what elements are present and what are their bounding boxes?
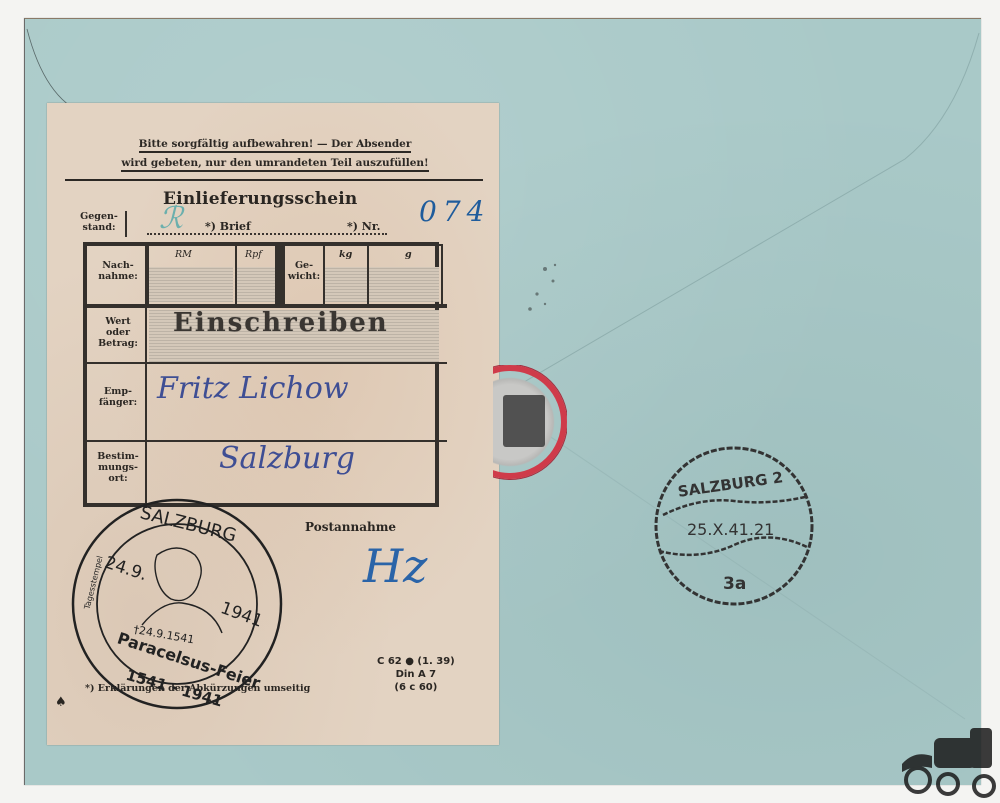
clerk-initials: Hz bbox=[363, 539, 427, 593]
postannahme-label: Postannahme bbox=[305, 520, 396, 534]
divider bbox=[83, 362, 447, 364]
kg-label: kg bbox=[339, 249, 352, 260]
envelope: Bitte sorgfältig aufbewahren! — Der Abse… bbox=[24, 18, 981, 785]
recipient-handwriting: Fritz Lichow bbox=[157, 371, 349, 406]
registration-number: 074 bbox=[419, 195, 490, 228]
dotted-line bbox=[147, 233, 387, 235]
circular-seal bbox=[493, 365, 567, 481]
notice-line-1: Bitte sorgfältig aufbewahren! — Der Abse… bbox=[139, 138, 412, 153]
svg-text:1941: 1941 bbox=[218, 598, 265, 632]
tree-logo-icon: ♠ bbox=[55, 695, 67, 710]
form-code: C 62 ● (1. 39) Din A 7 (6 c 60) bbox=[377, 655, 455, 694]
seal-emblem bbox=[503, 395, 545, 447]
empfaenger-label: Emp- fänger: bbox=[91, 386, 145, 408]
svg-text:SALZBURG 2: SALZBURG 2 bbox=[677, 468, 784, 501]
divider bbox=[145, 244, 147, 508]
rpf-label: Rpf bbox=[245, 249, 262, 260]
svg-text:24.9.: 24.9. bbox=[102, 553, 149, 585]
gegenstand-label: Gegen- stand: bbox=[77, 211, 121, 233]
registration-receipt: Bitte sorgfältig aufbewahren! — Der Abse… bbox=[47, 103, 499, 745]
einschreiben-stamp: Einschreiben bbox=[173, 308, 389, 338]
teal-ink-scribble: ℛ bbox=[159, 201, 183, 236]
rm-label: RM bbox=[175, 249, 192, 260]
brief-label: *) Brief bbox=[205, 221, 251, 232]
nachnahme-label: Nach- nahme: bbox=[91, 260, 145, 282]
destination-handwriting: Salzburg bbox=[219, 441, 355, 476]
nr-label: *) Nr. bbox=[347, 221, 380, 232]
notice-line-2: wird gebeten, nur den umrandeten Teil au… bbox=[121, 157, 428, 172]
form-code-line-1: C 62 ● (1. 39) bbox=[377, 655, 455, 668]
portrait-icon bbox=[155, 548, 201, 601]
hatched-area bbox=[237, 267, 275, 302]
receipt-title: Einlieferungsschein bbox=[163, 189, 358, 209]
svg-text:Tagesstempel: Tagesstempel bbox=[82, 555, 104, 611]
salzburg-arrival-postmark: SALZBURG 2 25.X.41.21 3a bbox=[649, 441, 819, 611]
ink-specks bbox=[528, 264, 556, 311]
receipt-notice: Bitte sorgfältig aufbewahren! — Der Abse… bbox=[57, 135, 493, 173]
hatched-area bbox=[149, 267, 233, 302]
form-code-line-3: (6 c 60) bbox=[377, 681, 455, 694]
bestimmungsort-label: Bestim- mungs- ort: bbox=[91, 451, 145, 484]
divider bbox=[65, 179, 483, 181]
form-code-line-2: Din A 7 bbox=[377, 668, 455, 681]
hatched-area bbox=[369, 267, 439, 302]
svg-text:3a: 3a bbox=[723, 574, 746, 594]
hatched-area bbox=[325, 267, 367, 302]
divider bbox=[125, 211, 127, 237]
divider bbox=[277, 244, 285, 306]
wert-label: Wert oder Betrag: bbox=[91, 316, 145, 349]
paracelsus-cancellation-stamp: SALZBURG 24.9. 1941 †24.9.1541 Paracelsu… bbox=[67, 495, 287, 713]
svg-text:25.X.41.21: 25.X.41.21 bbox=[687, 520, 774, 539]
stagecoach-logo-icon bbox=[898, 720, 1000, 803]
g-label: g bbox=[405, 249, 412, 260]
gewicht-label: Ge- wicht: bbox=[285, 260, 323, 282]
svg-text:SALZBURG: SALZBURG bbox=[138, 502, 239, 546]
